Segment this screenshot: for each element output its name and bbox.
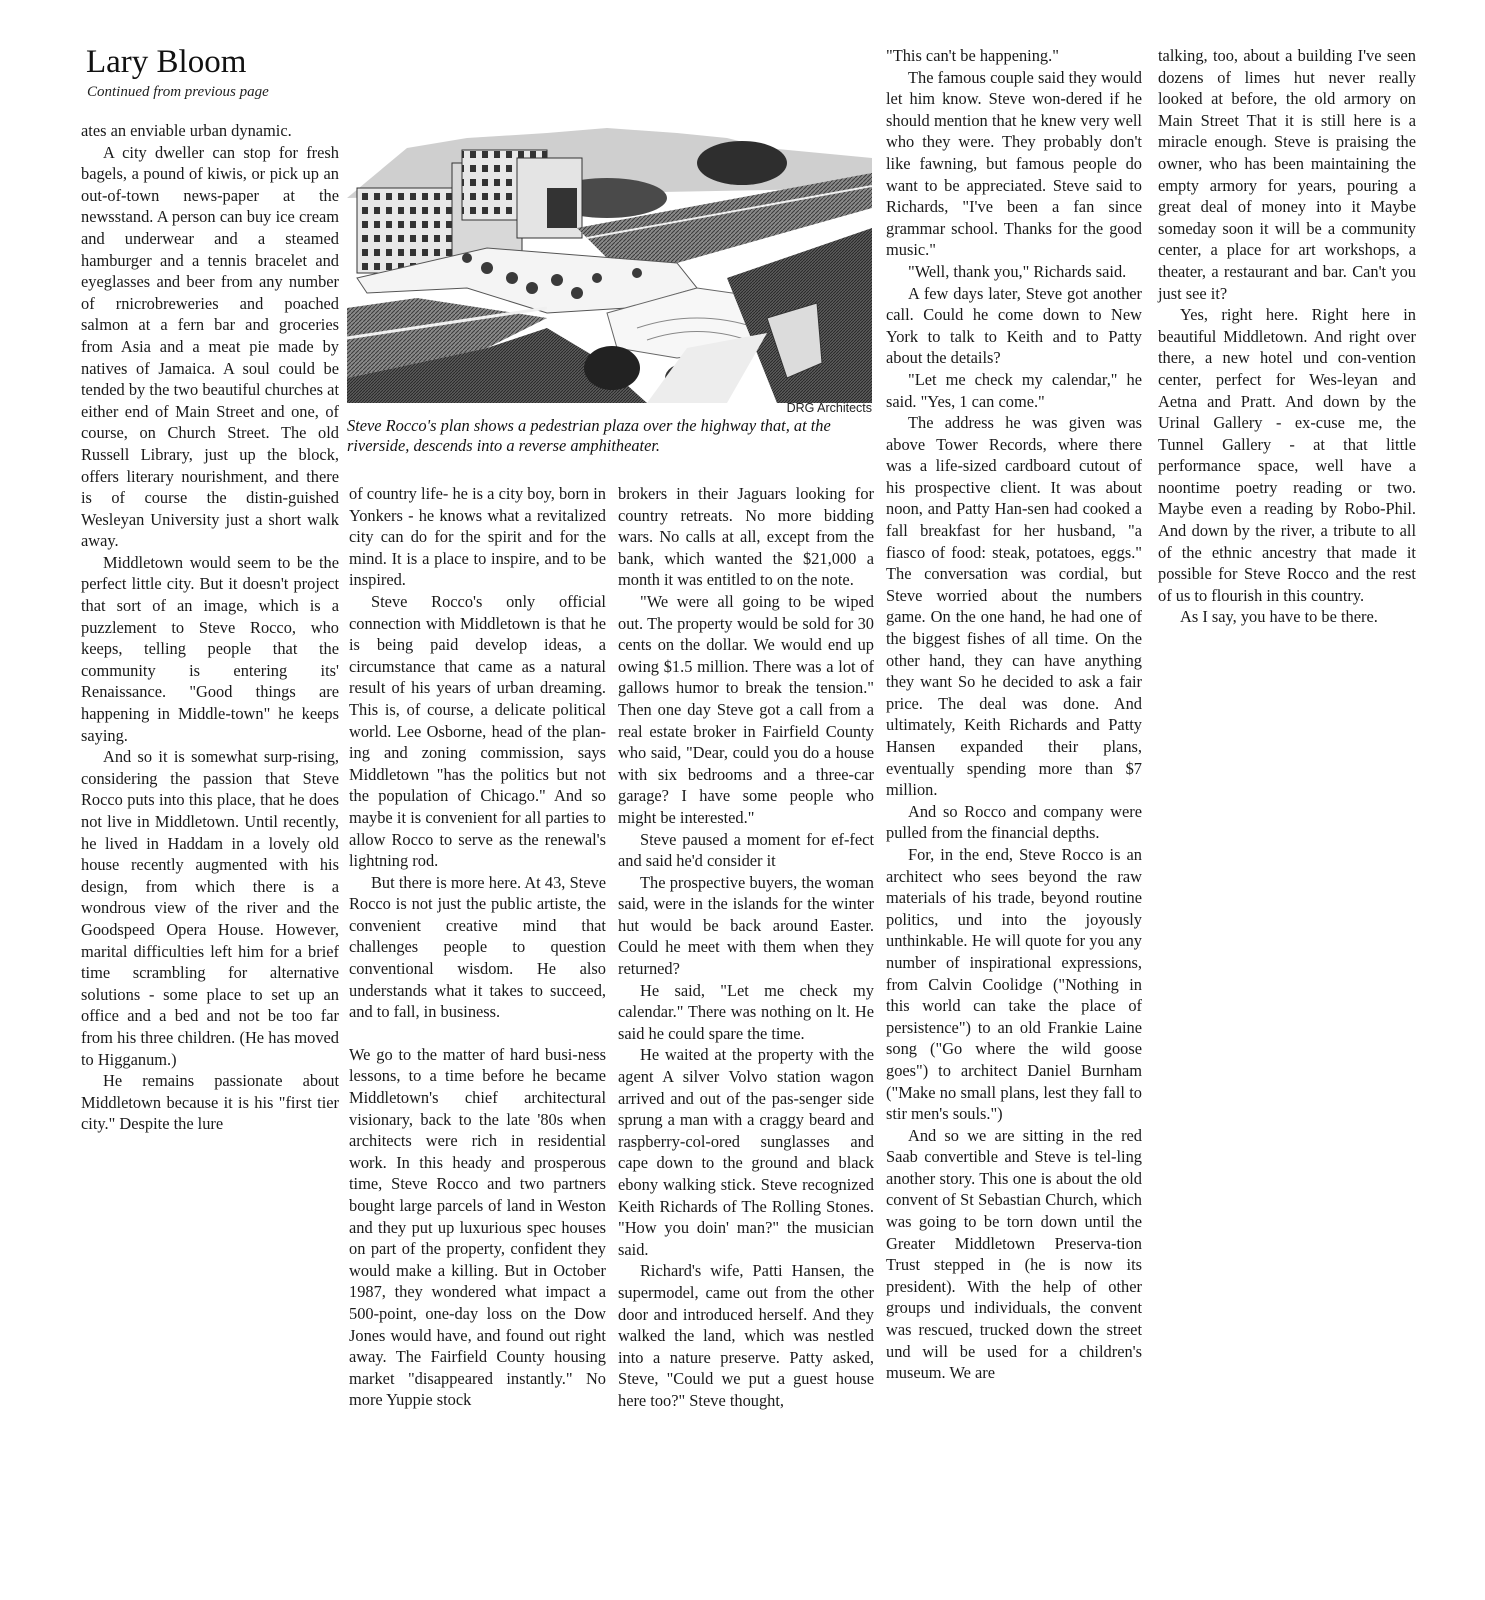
paragraph: He said, "Let me check my calendar." The… — [618, 980, 874, 1045]
paragraph: The prospective buyers, the woman said, … — [618, 872, 874, 980]
paragraph: "Let me check my calendar," he said. "Ye… — [886, 369, 1142, 412]
paragraph: The famous couple said they would let hi… — [886, 67, 1142, 261]
paragraph: Yes, right here. Right here in beautiful… — [1158, 304, 1416, 606]
paragraph: The address he was given was above Tower… — [886, 412, 1142, 801]
continued-note: Continued from previous page — [87, 84, 269, 101]
paragraph: We go to the matter of hard busi-ness le… — [349, 1044, 606, 1411]
paragraph: And so Rocco and company were pulled fro… — [886, 801, 1142, 844]
paragraph: He remains passionate about Middletown b… — [81, 1070, 339, 1135]
article-column-3: brokers in their Jaguars looking for cou… — [618, 483, 874, 1412]
paragraph: brokers in their Jaguars looking for cou… — [618, 483, 874, 591]
paragraph: "We were all going to be wiped out. The … — [618, 591, 874, 829]
paragraph: of country life- he is a city boy, born … — [349, 483, 606, 591]
paragraph: Richard's wife, Patti Hansen, the superm… — [618, 1260, 874, 1411]
paragraph: A city dweller can stop for fresh bagels… — [81, 142, 339, 552]
article-column-2: of country life- he is a city boy, born … — [349, 483, 606, 1411]
paragraph: talking, too, about a building I've seen… — [1158, 45, 1416, 304]
article-column-4: "This can't be happening." The famous co… — [886, 45, 1142, 1384]
photo-caption: Steve Rocco's plan shows a pedestrian pl… — [347, 416, 875, 456]
paragraph: A few days later, Steve got another call… — [886, 283, 1142, 369]
paragraph: But there is more here. At 43, Steve Roc… — [349, 872, 606, 1023]
newspaper-page: Lary Bloom Continued from previous page — [0, 0, 1485, 1600]
paragraph: He waited at the property with the agent… — [618, 1044, 874, 1260]
architectural-rendering-image — [347, 78, 872, 403]
columnist-byline: Lary Bloom — [86, 44, 246, 80]
paragraph: Steve paused a moment for ef-fect and sa… — [618, 829, 874, 872]
paragraph: "Well, thank you," Richards said. — [886, 261, 1142, 283]
paragraph: "This can't be happening." — [886, 45, 1142, 67]
photo-credit: DRG Architects — [700, 401, 872, 415]
paragraph: For, in the end, Steve Rocco is an archi… — [886, 844, 1142, 1125]
article-column-1: ates an enviable urban dynamic. A city d… — [81, 120, 339, 1135]
paragraph: Middletown would seem to be the perfect … — [81, 552, 339, 746]
paragraph: Steve Rocco's only official connection w… — [349, 591, 606, 872]
paragraph: ates an enviable urban dynamic. — [81, 120, 339, 142]
paragraph: As I say, you have to be there. — [1158, 606, 1416, 628]
paragraph: And so it is somewhat surp-rising, consi… — [81, 746, 339, 1070]
paragraph: And so we are sitting in the red Saab co… — [886, 1125, 1142, 1384]
article-column-5: talking, too, about a building I've seen… — [1158, 45, 1416, 628]
